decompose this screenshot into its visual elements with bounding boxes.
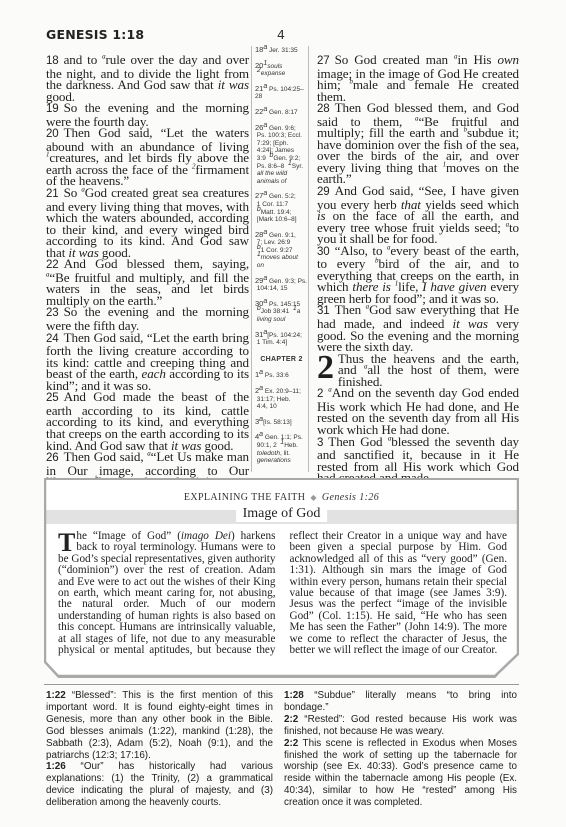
study-note: 1:22 “Blessed”: This is the first mentio… [46,690,273,761]
verse-number: 19 [46,103,59,115]
verse: 30“Also, to aevery beast of the earth, t… [317,245,519,305]
study-note-reference: 1:28 [284,690,304,701]
study-note: 1:26 “Our” has historically had various … [46,761,273,809]
verse-number: 28 [317,103,330,115]
notes-divider [44,684,519,685]
study-note: 2:2 This scene is reflected in Exodus wh… [284,738,517,809]
verse-number: 23 [46,307,59,319]
chapter-drop-cap: 2 [317,354,334,382]
verse-number: 25 [46,392,59,404]
feature-drop-cap: T [58,532,75,554]
verse: 31Then aGod saw everything that He had m… [317,304,519,352]
feature-title: Image of God [236,506,328,522]
verse-number: 2 [317,388,323,400]
cross-reference: 31a[Ps. 104:24; 1 Tim. 4:4] [255,331,308,347]
cross-reference: 29a Gen. 9:3; Ps. 104:14, 15 [255,277,308,293]
study-note-reference: 1:26 [46,761,66,772]
study-note-reference: 1:22 [46,690,66,701]
verse: 27So God created man ain His own image; … [317,54,519,102]
verse-number: 3 [317,437,323,449]
verse: 2aAnd on the seventh day God ended His w… [317,387,519,435]
cross-reference: 28a Gen. 9:1, 7; Lev. 26:9 b1 Cor. 9:27 … [255,231,308,270]
verse-number: 30 [317,246,330,258]
feature-kicker: EXPLAINING THE FAITH◆Genesis 1:26 [46,492,517,503]
study-note: 1:28 “Subdue” literally means “to bring … [284,690,517,714]
cross-reference: 26a Gen. 9:6; Ps. 100:3; Eccl. 7:29; [Ep… [255,124,308,186]
study-note-reference: 2:2 [284,738,298,749]
verse: 3Then God ablessed the seventh day and s… [317,436,519,484]
page-number: 4 [277,27,285,42]
cross-reference: 30a Ps. 145:15 bJob 38:41 1a living soul [255,300,308,324]
cross-reference-chapter-label: CHAPTER 2 [255,356,308,364]
study-notes-left: 1:22 “Blessed”: This is the first mentio… [46,690,273,809]
verse-number: 21 [46,188,59,200]
cross-reference: 22a Gen. 8:17 [255,108,308,117]
verse-number: 24 [46,333,59,345]
study-note: 2:2 “Rested”: God rested because His wor… [284,714,517,738]
cross-reference: 18a Jer. 31:35 [255,46,308,55]
verse-number: 26 [46,452,59,464]
verse: 19So the evening and the morning were th… [46,102,249,127]
cross-reference: 1a Ps. 33:6 [255,371,308,380]
chapter-2-opening: 2Thus the heavens and the earth, and aal… [317,353,519,388]
diamond-icon: ◆ [310,493,317,502]
verse: 29And God said, “See, I have given you e… [317,185,519,245]
cross-reference: 3a[Is. 58:13] [255,418,308,427]
verse: 24Then God said, “Let the earth bring fo… [46,332,249,392]
scripture-column-right: 27So God created man ain His own image; … [317,54,519,532]
cross-reference: 4a Gen. 1:1; Ps. 90:1, 2 1Heb. toledoth,… [255,433,308,464]
study-note-reference: 2:2 [284,714,298,725]
feature-kicker-label: EXPLAINING THE FAITH [184,492,306,503]
cross-reference-column: 18a Jer. 31:35201souls 2expanse21a Ps. 1… [251,46,309,472]
verse: 28Then God blessed them, and God said to… [317,102,519,185]
verse: 25And God made the beast of the earth ac… [46,391,249,451]
verse-number: 31 [317,305,330,317]
cross-reference: 201souls 2expanse [255,62,308,78]
verse: 22And God blessed them, saying, a“Be fru… [46,258,249,306]
feature-kicker-reference: Genesis 1:26 [322,492,379,503]
study-notes-right: 1:28 “Subdue” literally means “to bring … [284,690,517,809]
cross-reference: 27a Gen. 5:2; 1 Cor. 11:7 bMatt. 19:4; [… [255,192,308,223]
cross-reference: 2a Ex. 20:9–11; 31:17; Heb. 4:4, 10 [255,387,308,411]
verse: 23So the evening and the morning were th… [46,306,249,331]
feature-body: The “Image of God” (imago Dei) harkens b… [58,531,507,656]
verse-number: 20 [46,128,59,140]
scripture-column-left: 18and to arule over the day and over the… [46,54,249,534]
verse: 20Then God said, “Let the waters abound … [46,127,249,187]
verse-number: 27 [317,55,330,67]
verse: 21So aGod created great sea creatures an… [46,187,249,258]
explaining-the-faith-box: EXPLAINING THE FAITH◆Genesis 1:26 Image … [44,478,519,678]
verse: 18and to arule over the day and over the… [46,54,249,102]
verse-number: 18 [46,55,59,67]
book-chapter-reference: GENESIS 1:18 [46,27,144,42]
verse-number: 29 [317,186,330,198]
cross-reference: 21a Ps. 104:25–28 [255,85,308,101]
